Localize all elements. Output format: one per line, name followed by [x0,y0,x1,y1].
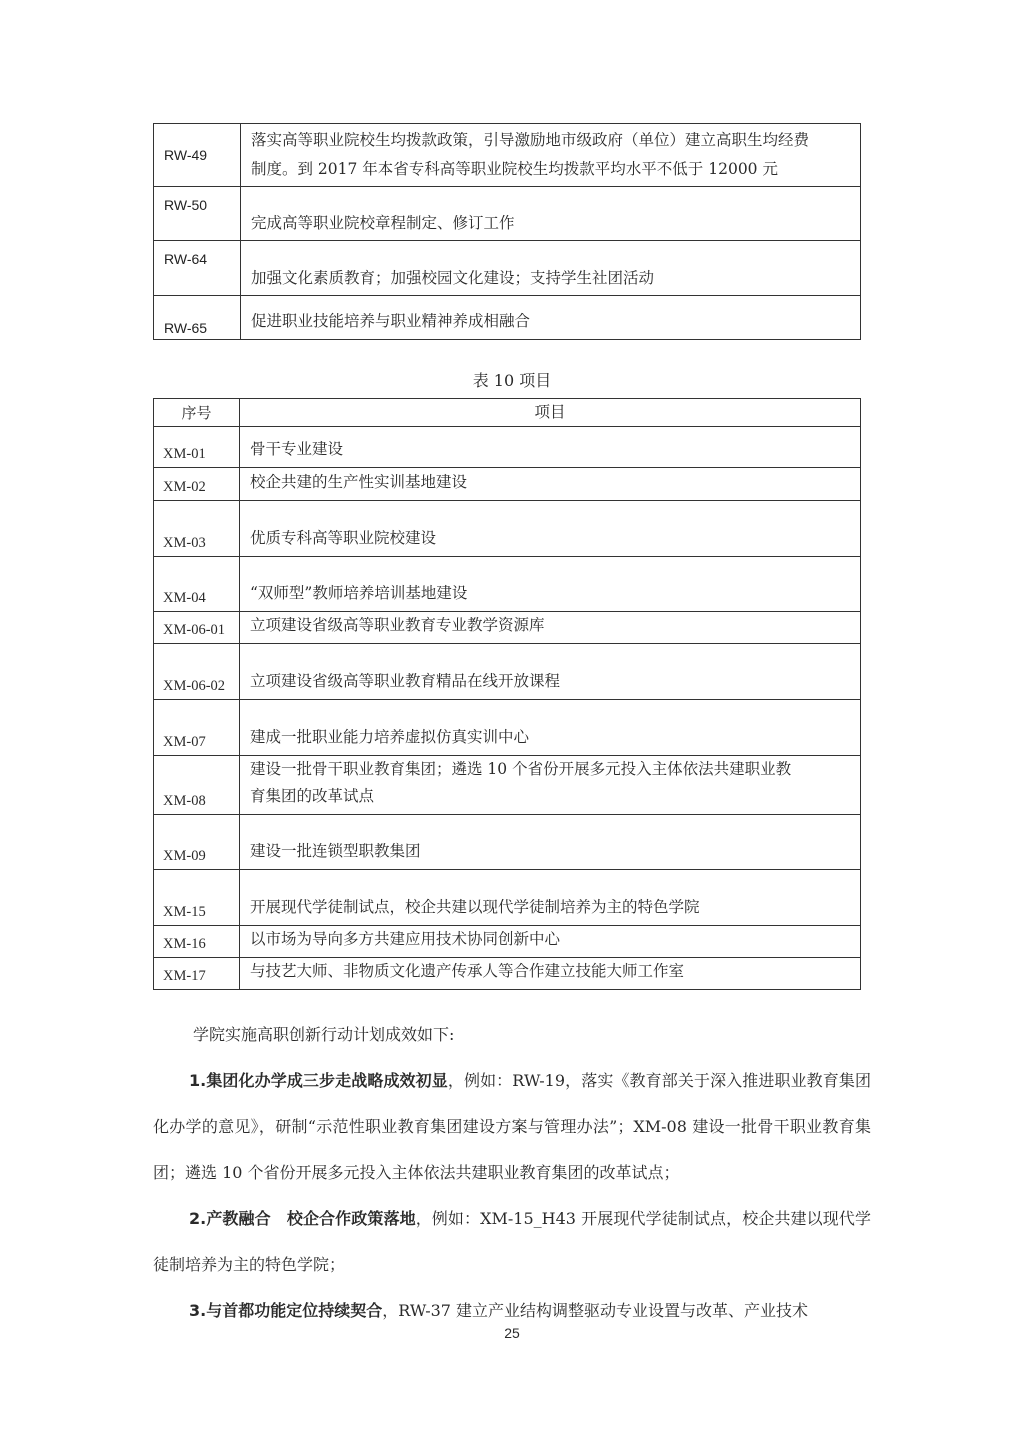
table-caption: 表 10 项目 [0,368,1024,391]
table-row: RW-49 落实高等职业院校生均拨款政策，引导激励地市级政府（单位）建立高职生均… [154,124,861,187]
row-desc: 落实高等职业院校生均拨款政策，引导激励地市级政府（单位）建立高职生均经费 制度。… [241,124,861,187]
intro-paragraph: 学院实施高职创新行动计划成效如下: [153,1012,871,1058]
column-header: 项目 [240,399,861,427]
table-row: XM-07 建成一批职业能力培养虚拟仿真实训中心 [154,700,861,756]
row-desc: 校企共建的生产性实训基地建设 [240,468,861,501]
row-desc-line: 建设一批骨干职业教育集团；遴选 10 个省份开展多元投入主体依法共建职业教 [250,756,860,783]
row-code: XM-16 [154,926,240,958]
row-desc: 完成高等职业院校章程制定、修订工作 [241,187,861,241]
table-row: XM-01 骨干专业建设 [154,427,861,468]
table-row: XM-16 以市场为导向多方共建应用技术协同创新中心 [154,926,861,958]
row-desc: 与技艺大师、非物质文化遗产传承人等合作建立技能大师工作室 [240,958,861,990]
table-row: XM-08 建设一批骨干职业教育集团；遴选 10 个省份开展多元投入主体依法共建… [154,756,861,815]
paragraph-heading: 2.产教融合 校企合作政策落地 [189,1209,416,1228]
row-desc: 建设一批骨干职业教育集团；遴选 10 个省份开展多元投入主体依法共建职业教 育集… [240,756,861,815]
table-continuation: RW-49 落实高等职业院校生均拨款政策，引导激励地市级政府（单位）建立高职生均… [153,123,861,340]
row-code: RW-65 [154,296,241,340]
row-desc: 建设一批连锁型职教集团 [240,815,861,870]
row-desc: 加强文化素质教育；加强校园文化建设；支持学生社团活动 [241,241,861,296]
column-header: 序号 [154,399,240,427]
row-desc: 建成一批职业能力培养虚拟仿真实训中心 [240,700,861,756]
row-desc: 促进职业技能培养与职业精神养成相融合 [241,296,861,340]
row-code: XM-06-02 [154,644,240,700]
row-desc: “双师型”教师培养培训基地建设 [240,557,861,612]
row-code: XM-15 [154,870,240,926]
row-code: XM-03 [154,501,240,557]
table-row: XM-17 与技艺大师、非物质文化遗产传承人等合作建立技能大师工作室 [154,958,861,990]
paragraph-heading: 1.集团化办学成三步走战略成效初显 [189,1071,448,1090]
table-row: RW-50 完成高等职业院校章程制定、修订工作 [154,187,861,241]
table-10: 序号 项目 XM-01 骨干专业建设 XM-02 校企共建的生产性实训基地建设 … [153,398,861,990]
row-code: XM-08 [154,756,240,815]
row-code: RW-50 [154,187,241,241]
table-row: XM-04 “双师型”教师培养培训基地建设 [154,557,861,612]
body-paragraph: 1.集团化办学成三步走战略成效初显，例如：RW-19，落实《教育部关于深入推进职… [153,1058,871,1196]
document-page: RW-49 落实高等职业院校生均拨款政策，引导激励地市级政府（单位）建立高职生均… [0,0,1024,1448]
table-row: XM-02 校企共建的生产性实训基地建设 [154,468,861,501]
row-desc: 立项建设省级高等职业教育精品在线开放课程 [240,644,861,700]
table-row: XM-03 优质专科高等职业院校建设 [154,501,861,557]
row-desc: 以市场为导向多方共建应用技术协同创新中心 [240,926,861,958]
row-desc: 开展现代学徒制试点，校企共建以现代学徒制培养为主的特色学院 [240,870,861,926]
body-paragraph: 2.产教融合 校企合作政策落地，例如：XM-15_H43 开展现代学徒制试点，校… [153,1196,871,1288]
paragraph-heading: 3.与首都功能定位持续契合 [189,1301,382,1320]
table-row: XM-06-02 立项建设省级高等职业教育精品在线开放课程 [154,644,861,700]
row-desc-line: 制度。到 2017 年本省专科高等职业院校生均拨款平均水平不低于 12000 元 [251,155,860,184]
table-row: RW-65 促进职业技能培养与职业精神养成相融合 [154,296,861,340]
row-desc: 优质专科高等职业院校建设 [240,501,861,557]
table-row: XM-09 建设一批连锁型职教集团 [154,815,861,870]
page-number: 25 [0,1325,1024,1341]
row-code: XM-06-01 [154,612,240,644]
row-desc-line: 育集团的改革试点 [250,783,860,810]
row-code: XM-01 [154,427,240,468]
row-code: RW-49 [154,124,241,187]
row-desc: 立项建设省级高等职业教育专业教学资源库 [240,612,861,644]
row-code: XM-09 [154,815,240,870]
row-code: RW-64 [154,241,241,296]
paragraph-text: ，RW-37 建立产业结构调整驱动专业设置与改革、产业技术 [382,1301,808,1320]
row-desc-line: 落实高等职业院校生均拨款政策，引导激励地市级政府（单位）建立高职生均经费 [251,126,860,155]
row-code: XM-02 [154,468,240,501]
table-header-row: 序号 项目 [154,399,861,427]
row-code: XM-17 [154,958,240,990]
row-code: XM-07 [154,700,240,756]
table-row: RW-64 加强文化素质教育；加强校园文化建设；支持学生社团活动 [154,241,861,296]
row-code: XM-04 [154,557,240,612]
table-row: XM-15 开展现代学徒制试点，校企共建以现代学徒制培养为主的特色学院 [154,870,861,926]
table-row: XM-06-01 立项建设省级高等职业教育专业教学资源库 [154,612,861,644]
row-desc: 骨干专业建设 [240,427,861,468]
